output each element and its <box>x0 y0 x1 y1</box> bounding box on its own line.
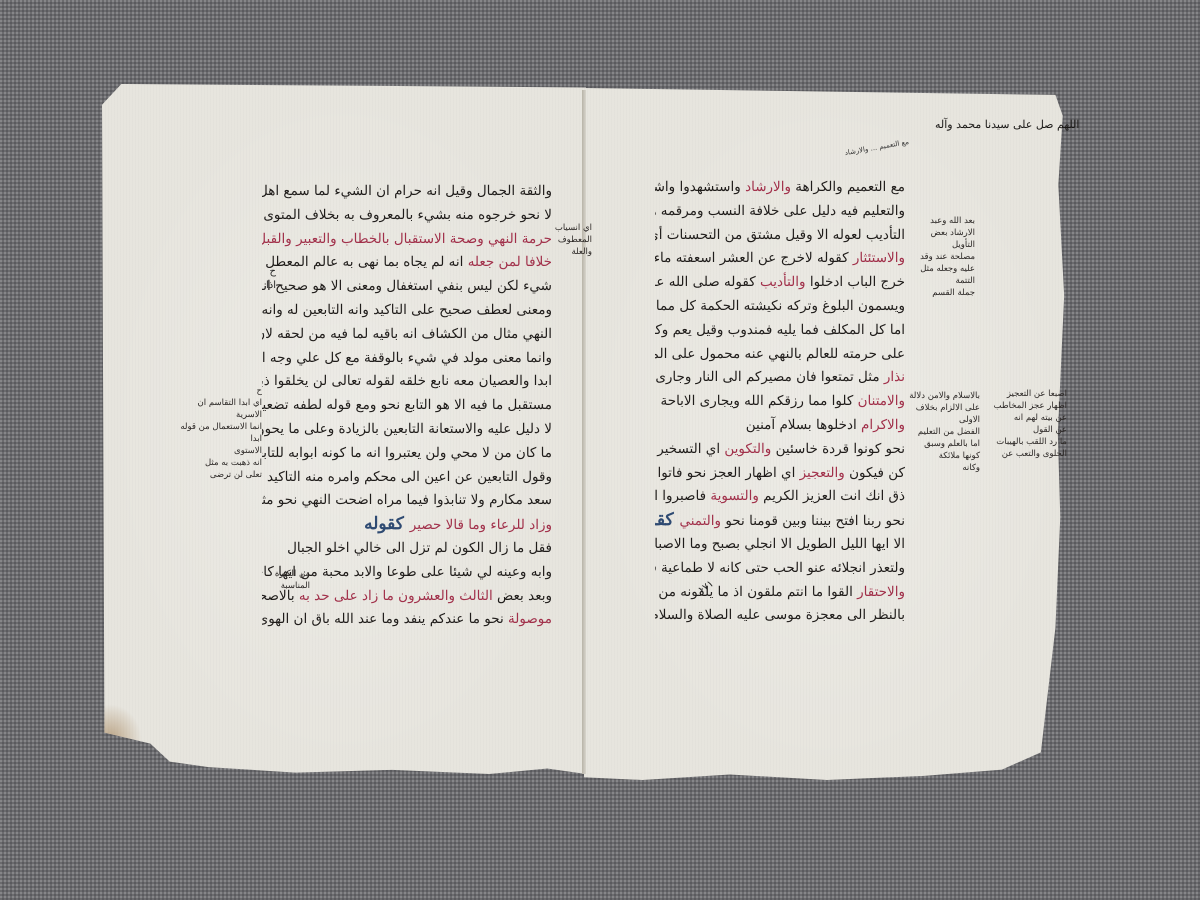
rubric-term: موصولة <box>508 611 552 627</box>
manuscript-line: موصولة نحو ما عندكم ينفد وما عند الله با… <box>262 608 552 632</box>
margin-note-line: انه ذهبت به مثل <box>172 457 262 469</box>
text-segment: الا ايها الليل الطويل الا انجلي بصبح وما… <box>655 536 905 552</box>
manuscript-line: نحو كونوا قردة خاسئين والتكوين اي التسخي… <box>655 438 905 462</box>
text-segment: على حرمته للعالم بالنهي عنه محمول على ال… <box>655 346 905 362</box>
margin-note-line: تعلى لن ترضى <box>172 469 262 481</box>
rubric-term: والتكوين <box>724 441 771 457</box>
margin-note-line: بالاسلام والامن دلالة <box>895 390 980 402</box>
margin-note-line: التأويل <box>905 239 975 251</box>
rubric-term: والارشاد <box>745 179 791 195</box>
text-segment: اما كل المكلف فما يليه فمندوب وقيل يعم و… <box>655 322 905 338</box>
manuscript-line: حرمة النهي وصحة الاستقبال بالخطاب والتعب… <box>262 228 552 252</box>
text-segment: انه لم يجاه بما نهى به عالم المعطل التنب… <box>262 254 468 270</box>
rubric-term: والتأديب <box>760 274 806 290</box>
text-segment: فاصبروا او لا تصبروا <box>655 488 710 504</box>
text-segment: مع التعميم والكراهة <box>791 179 905 195</box>
margin-note-line: مصلحة عند وقد <box>905 251 975 263</box>
rubric-term: والاحتقار <box>857 584 905 600</box>
manuscript-line: خلافا لمن جعله انه لم يجاه بما نهى به عا… <box>262 251 552 275</box>
text-segment: فقل ما زال الكون لم تزل الى خالي اخلو ال… <box>287 540 552 556</box>
header-invocation: اللهم صل على سيدنا محمد وآله <box>935 118 1079 131</box>
text-segment: بالنظر الى معجزة موسى عليه الصلاة والسلا… <box>655 607 905 623</box>
text-segment: والتعليم فيه دليل على خلافة النسب ومرقمه… <box>655 203 905 219</box>
text-segment: وقول التابعين عن اعين الى محكم وامره منه… <box>262 469 552 485</box>
margin-note-line: اما بالعلم وسبق <box>895 438 980 450</box>
text-segment: ما كان من لا محي ولن يعتبروا انه ما كونه… <box>262 445 552 461</box>
margin-note-left-middle: حاي ابدا التقاسم ان الاسريةانما الاستعما… <box>172 385 262 481</box>
rubric-term: والتعجيز <box>800 465 845 481</box>
manuscript-line: النهي مثال من الكشاف انه باقيه لما فيه م… <box>262 323 552 347</box>
blue-heading: كقوله <box>655 510 679 530</box>
margin-note-line: جملة القسم <box>905 287 975 299</box>
margin-note-line: اذا <box>256 279 276 293</box>
margin-note-line: على الالزام بخلاف الاولى <box>895 402 980 426</box>
text-segment: لا نحو خرجوه منه بشيء بالمعروف به بخلاف … <box>262 207 552 223</box>
margin-note-line: ح <box>172 385 262 397</box>
margin-note-line: بعد الله وعبد <box>905 215 975 227</box>
text-segment: اي اظهار العجز نحو فاتوا بسورة من مثله <box>655 465 800 481</box>
margin-note-line: عن بيته لهم انه <box>982 412 1067 424</box>
margin-note-line: عن القول <box>982 424 1067 436</box>
manuscript-line: نحو ربنا افتح بيننا وبين قومنا نحو والتم… <box>655 509 905 533</box>
margin-note-line: الاستوى <box>172 445 262 457</box>
manuscript-line: على حرمته للعالم بالنهي عنه محمول على ال… <box>655 343 905 367</box>
text-segment: نحو ربنا افتح بيننا وبين قومنا نحو <box>721 513 905 529</box>
manuscript-line: مع التعميم والكراهة والارشاد واستشهدوا و… <box>655 176 905 200</box>
text-segment: اي التسخير والامتهان <box>655 441 724 457</box>
text-segment: وبعد بعض <box>493 588 552 604</box>
text-segment: التأديب لعوله الا وقيل مشتق من التحسنات … <box>655 227 905 243</box>
text-segment: لا دليل عليه والاستعانة التابعين بالزياد… <box>262 421 552 437</box>
water-stain <box>102 704 142 764</box>
manuscript-line: والاكرام ادخلوها بسلام آمنين <box>655 414 905 438</box>
manuscript-line: شيء لكن ليس بنفي استغفال ومعنى الا هو صح… <box>262 275 552 299</box>
margin-note-line: اي انسياب <box>552 222 592 234</box>
text-segment: مستقبل ما فيه الا هو التابع نحو ومع قوله… <box>262 397 552 413</box>
rubric-term: والتمني <box>679 513 721 529</box>
margin-note-line: وكانه <box>895 462 980 474</box>
manuscript-line: فقل ما زال الكون لم تزل الى خالي اخلو ال… <box>262 537 552 561</box>
manuscript-line: خرج الباب ادخلوا والتأديب كقوله صلى الله… <box>655 271 905 295</box>
text-segment: ادخلوها بسلام آمنين <box>746 417 861 433</box>
text-segment: شيء لكن ليس بنفي استغفال ومعنى الا هو صح… <box>262 278 552 294</box>
text-segment: مثل تمتعوا فان مصيركم الى النار وجارى ال… <box>655 369 884 385</box>
text-segment: ومعنى لعطف صحيح على التاكيد وانه التابعي… <box>262 302 552 318</box>
manuscript-line: التأديب لعوله الا وقيل مشتق من التحسنات … <box>655 224 905 248</box>
margin-note-left-bottom: من الكثرةالمناسبة <box>270 568 310 592</box>
manuscript-line: والاستئثار كقوله لاخرج عن العشر اسعفته م… <box>655 247 905 271</box>
text-segment: النهي مثال من الكشاف انه باقيه لما فيه م… <box>262 326 552 342</box>
manuscript-line: ابدا والعصيان معه نابع خلقه لقوله تعالى … <box>262 370 552 394</box>
manuscript-line: ما كان من لا محي ولن يعتبروا انه ما كونه… <box>262 442 552 466</box>
manuscript-line: سعد مكارم ولا تنابذوا فيما مراه اضحت الن… <box>262 489 552 513</box>
margin-note-left-upper: اي انسيابالمعطوفوالعلة <box>552 222 592 258</box>
manuscript-line: لا نحو خرجوه منه بشيء بالمعروف به بخلاف … <box>262 204 552 228</box>
text-segment: القوا ما انتم ملقون اذ ما يلقونه من السح… <box>655 584 857 600</box>
rubric-term: والتسوية <box>710 488 758 504</box>
manuscript-line: لا دليل عليه والاستعانة التابعين بالزياد… <box>262 418 552 442</box>
margin-note-line: انما الاستعمال من قوله ابدا <box>172 421 262 445</box>
manuscript-line: الا ايها الليل الطويل الا انجلي بصبح وما… <box>655 533 905 557</box>
blue-heading: كقوله <box>364 514 410 534</box>
text-segment: والثقة الجمال وقيل انه حرام ان الشيء لما… <box>262 183 552 199</box>
rubric-term: الثالث والعشرون ما زاد على حد به <box>299 588 493 604</box>
manuscript-line: نذار مثل تمتعوا فان مصيركم الى النار وجا… <box>655 366 905 390</box>
text-segment: سعد مكارم ولا تنابذوا فيما مراه اضحت الن… <box>262 492 552 508</box>
rubric-term: حرمة النهي وصحة الاستقبال بالخطاب والتعب… <box>262 231 552 247</box>
margin-note-line: التتمة <box>905 275 975 287</box>
text-segment: ويسمون البلوغ وتركه نكيشته الحكمة كل مما… <box>655 298 905 314</box>
text-segment: ولتعذر انجلائه عنو الحب حتى كانه لا طماع… <box>655 560 905 576</box>
margin-note-right-middle-inner: بالاسلام والامن دلالةعلى الالزام بخلاف ا… <box>895 390 980 474</box>
manuscript-line: مستقبل ما فيه الا هو التابع نحو ومع قوله… <box>262 394 552 418</box>
manuscript-line: ومعنى لعطف صحيح على التاكيد وانه التابعي… <box>262 299 552 323</box>
text-segment: كقوله صلى الله عليه وسلم لعمر ابن سلمة <box>655 274 760 290</box>
text-segment: كقوله لاخرج عن العشر اسعفته ماءه والتهدي… <box>655 250 853 266</box>
rubric-term: والاستئثار <box>853 250 905 266</box>
rubric-term: وزاد للرعاء وما قالا حصير <box>410 517 552 533</box>
margin-note-line: عليه وجعله مثل <box>905 263 975 275</box>
manuscript-line: ولتعذر انجلائه عنو الحب حتى كانه لا طماع… <box>655 557 905 581</box>
manuscript-line: وانما معنى مولد في شيء بالوقفة مع كل علي… <box>262 347 552 371</box>
margin-note-line: من الكثرة <box>270 568 310 580</box>
margin-note-right-middle-outer: اصبعا عن التعجيزاظهار عجز المخاطبعن بيته… <box>982 388 1067 460</box>
manuscript-line: والثقة الجمال وقيل انه حرام ان الشيء لما… <box>262 180 552 204</box>
margin-note-line: المعطوف <box>552 234 592 246</box>
manuscript-line: والامتنان كلوا مما رزقكم الله ويجارى الا… <box>655 390 905 414</box>
text-segment: ابدا والعصيان معه نابع خلقه لقوله تعالى … <box>262 373 552 389</box>
margin-note-line: اي ابدا التقاسم ان الاسرية <box>172 397 262 421</box>
margin-note-line: ح <box>256 265 276 279</box>
text-segment: ذق انك انت العزيز الكريم <box>759 488 905 504</box>
manuscript-line: اما كل المكلف فما يليه فمندوب وقيل يعم و… <box>655 319 905 343</box>
manuscript-line: وقول التابعين عن اعين الى محكم وامره منه… <box>262 466 552 490</box>
margin-marker-left: حاذا <box>256 265 276 293</box>
manuscript-line: والتعليم فيه دليل على خلافة النسب ومرقمه… <box>655 200 905 224</box>
text-segment: نحو ما عندكم ينفد وما عند الله باق ان ال… <box>262 611 508 627</box>
text-segment: واستشهدوا واشيرى من رجالكم وآله <box>655 179 745 195</box>
binding-gutter <box>582 90 586 774</box>
manuscript-line: ذق انك انت العزيز الكريم والتسوية فاصبرو… <box>655 485 905 509</box>
right-page-main-text: مع التعميم والكراهة والارشاد واستشهدوا و… <box>655 176 905 628</box>
text-segment: نحو كونوا قردة خاسئين <box>771 441 905 457</box>
text-segment: خرج الباب ادخلوا <box>806 274 905 290</box>
margin-note-line: كونها ملائكة <box>895 450 980 462</box>
margin-note-line: ما رد اللقب بالهيبات <box>982 436 1067 448</box>
margin-note-line: المناسبة <box>270 580 310 592</box>
manuscript-line: ويسمون البلوغ وتركه نكيشته الحكمة كل مما… <box>655 295 905 319</box>
manuscript-line: بالنظر الى معجزة موسى عليه الصلاة والسلا… <box>655 604 905 628</box>
left-page-main-text: والثقة الجمال وقيل انه حرام ان الشيء لما… <box>262 180 552 632</box>
manuscript-line: كن فيكون والتعجيز اي اظهار العجز نحو فات… <box>655 462 905 486</box>
rubric-term: خلافا لمن جعله <box>468 254 552 270</box>
margin-note-line: اظهار عجز المخاطب <box>982 400 1067 412</box>
manuscript-line: والاحتقار القوا ما انتم ملقون اذ ما يلقو… <box>655 581 905 605</box>
margin-note-right-upper: بعد الله وعبدالارشاد بعضالتأويلمصلحة عند… <box>905 215 975 299</box>
margin-note-line: والعلة <box>552 246 592 258</box>
text-segment: وانما معنى مولد في شيء بالوقفة مع كل علي… <box>262 350 552 366</box>
margin-note-line: الحلوى والتعب عن <box>982 448 1067 460</box>
text-segment: كلوا مما رزقكم الله ويجارى الاباحة بذكر … <box>655 393 858 409</box>
rubric-term: نذار <box>884 369 905 385</box>
margin-note-line: الفضل من التعليم <box>895 426 980 438</box>
margin-note-line: اصبعا عن التعجيز <box>982 388 1067 400</box>
manuscript-line: وزاد للرعاء وما قالا حصير كقوله <box>262 513 552 537</box>
margin-note-line: الارشاد بعض <box>905 227 975 239</box>
